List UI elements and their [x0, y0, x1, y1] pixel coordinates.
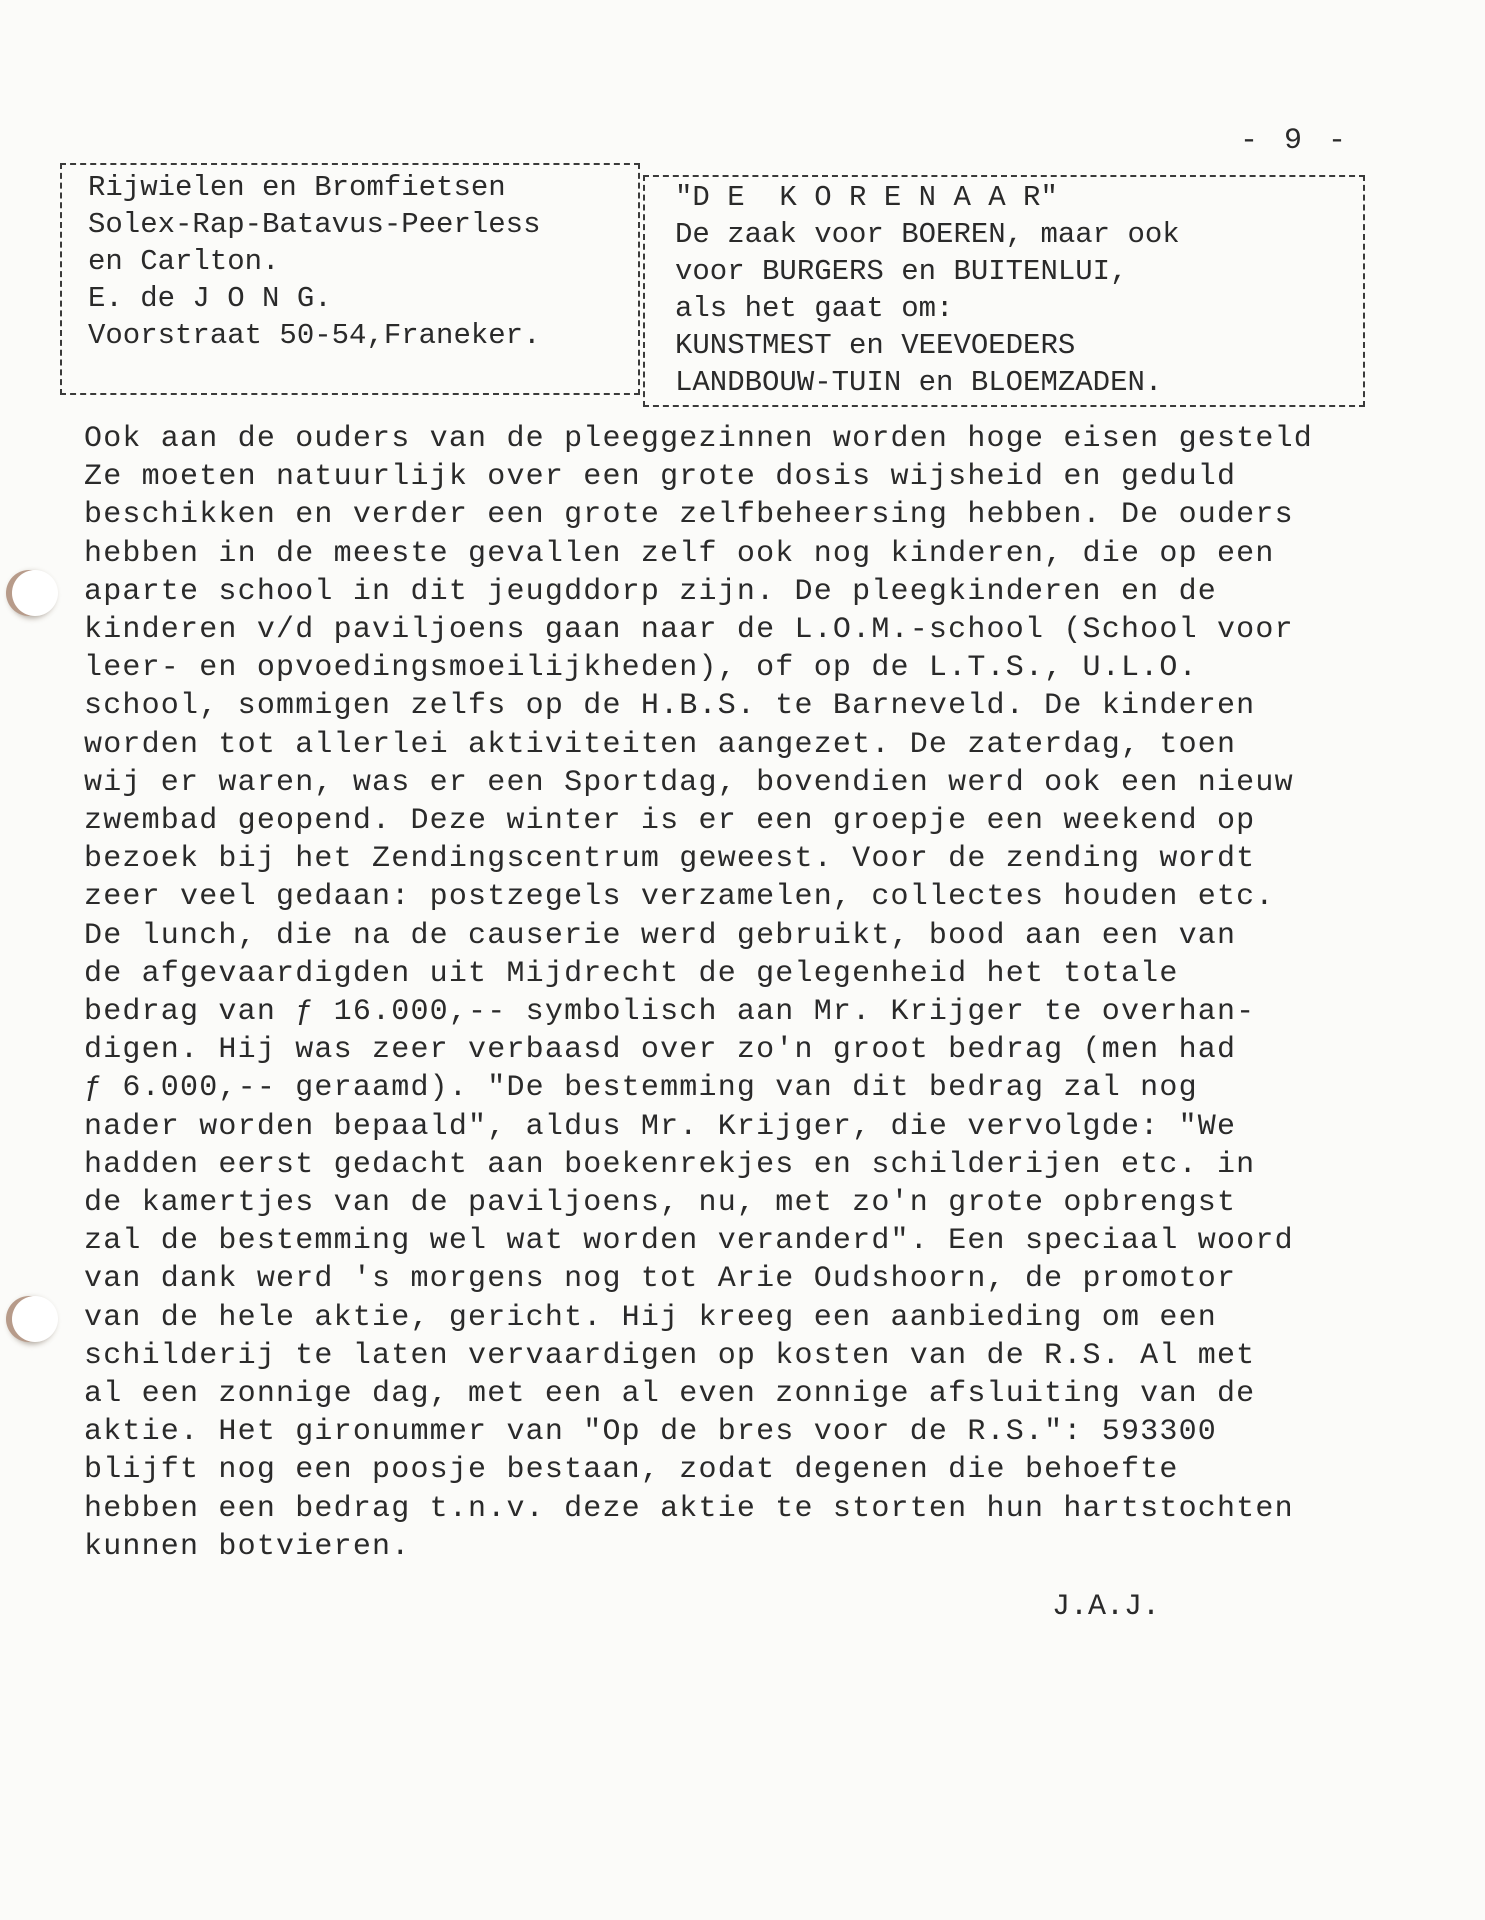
- article-line: school, sommigen zelfs op de H.B.S. te B…: [84, 687, 1444, 725]
- article-line: beschikken en verder een grote zelfbehee…: [84, 496, 1444, 534]
- author-signature: J.A.J.: [1052, 1590, 1160, 1624]
- ad-line: De zaak voor BOEREN, maar ook: [675, 216, 1345, 253]
- article-line: ƒ 6.000,-- geraamd). "De bestemming van …: [84, 1069, 1444, 1107]
- ad-line: Rijwielen en Bromfietsen: [88, 169, 620, 206]
- article-line: hebben een bedrag t.n.v. deze aktie te s…: [84, 1490, 1444, 1528]
- ad-line: Voorstraat 50-54,Franeker.: [88, 317, 620, 354]
- page-number: - 9 -: [1240, 124, 1350, 158]
- ad-line: en Carlton.: [88, 243, 620, 280]
- ad-line: E. de J O N G.: [88, 280, 620, 317]
- article-line: wij er waren, was er een Sportdag, boven…: [84, 764, 1444, 802]
- article-line: digen. Hij was zeer verbaasd over zo'n g…: [84, 1031, 1444, 1069]
- article-line: bedrag van ƒ 16.000,-- symbolisch aan Mr…: [84, 993, 1444, 1031]
- article-line: hadden eerst gedacht aan boekenrekjes en…: [84, 1146, 1444, 1184]
- ad-line: als het gaat om:: [675, 290, 1345, 327]
- article-line: van dank werd 's morgens nog tot Arie Ou…: [84, 1260, 1444, 1298]
- advertisement-bicycle-shop: Rijwielen en Bromfietsen Solex-Rap-Batav…: [60, 163, 640, 395]
- article-line: bezoek bij het Zendingscentrum geweest. …: [84, 840, 1444, 878]
- article-line: hebben in de meeste gevallen zelf ook no…: [84, 535, 1444, 573]
- article-body: Ook aan de ouders van de pleeggezinnen w…: [84, 420, 1444, 1566]
- article-line: aparte school in dit jeugddorp zijn. De …: [84, 573, 1444, 611]
- article-line: zal de bestemming wel wat worden verande…: [84, 1222, 1444, 1260]
- article-line: al een zonnige dag, met een al even zonn…: [84, 1375, 1444, 1413]
- article-line: nader worden bepaald", aldus Mr. Krijger…: [84, 1108, 1444, 1146]
- punch-hole-top: [12, 570, 58, 616]
- article-line: Ook aan de ouders van de pleeggezinnen w…: [84, 420, 1444, 458]
- article-line: aktie. Het gironummer van "Op de bres vo…: [84, 1413, 1444, 1451]
- article-line: van de hele aktie, gericht. Hij kreeg ee…: [84, 1299, 1444, 1337]
- ad-line: KUNSTMEST en VEEVOEDERS: [675, 327, 1345, 364]
- article-line: blijft nog een poosje bestaan, zodat deg…: [84, 1451, 1444, 1489]
- article-line: Ze moeten natuurlijk over een grote dosi…: [84, 458, 1444, 496]
- advertisement-de-korenaar: "D E K O R E N A A R" De zaak voor BOERE…: [643, 175, 1365, 407]
- article-line: leer- en opvoedingsmoeilijkheden), of op…: [84, 649, 1444, 687]
- ad-line: LANDBOUW-TUIN en BLOEMZADEN.: [675, 364, 1345, 401]
- article-line: de kamertjes van de paviljoens, nu, met …: [84, 1184, 1444, 1222]
- article-line: kunnen botvieren.: [84, 1528, 1444, 1566]
- article-line: worden tot allerlei aktiviteiten aangeze…: [84, 726, 1444, 764]
- ad-title: "D E K O R E N A A R": [675, 179, 1345, 216]
- article-line: de afgevaardigden uit Mijdrecht de geleg…: [84, 955, 1444, 993]
- article-line: kinderen v/d paviljoens gaan naar de L.O…: [84, 611, 1444, 649]
- ad-line: Solex-Rap-Batavus-Peerless: [88, 206, 620, 243]
- article-line: schilderij te laten vervaardigen op kost…: [84, 1337, 1444, 1375]
- punch-hole-bottom: [12, 1296, 58, 1342]
- article-line: zeer veel gedaan: postzegels verzamelen,…: [84, 878, 1444, 916]
- article-line: zwembad geopend. Deze winter is er een g…: [84, 802, 1444, 840]
- ad-line: voor BURGERS en BUITENLUI,: [675, 253, 1345, 290]
- document-page: - 9 - Rijwielen en Bromfietsen Solex-Rap…: [0, 0, 1485, 1920]
- article-line: De lunch, die na de causerie werd gebrui…: [84, 917, 1444, 955]
